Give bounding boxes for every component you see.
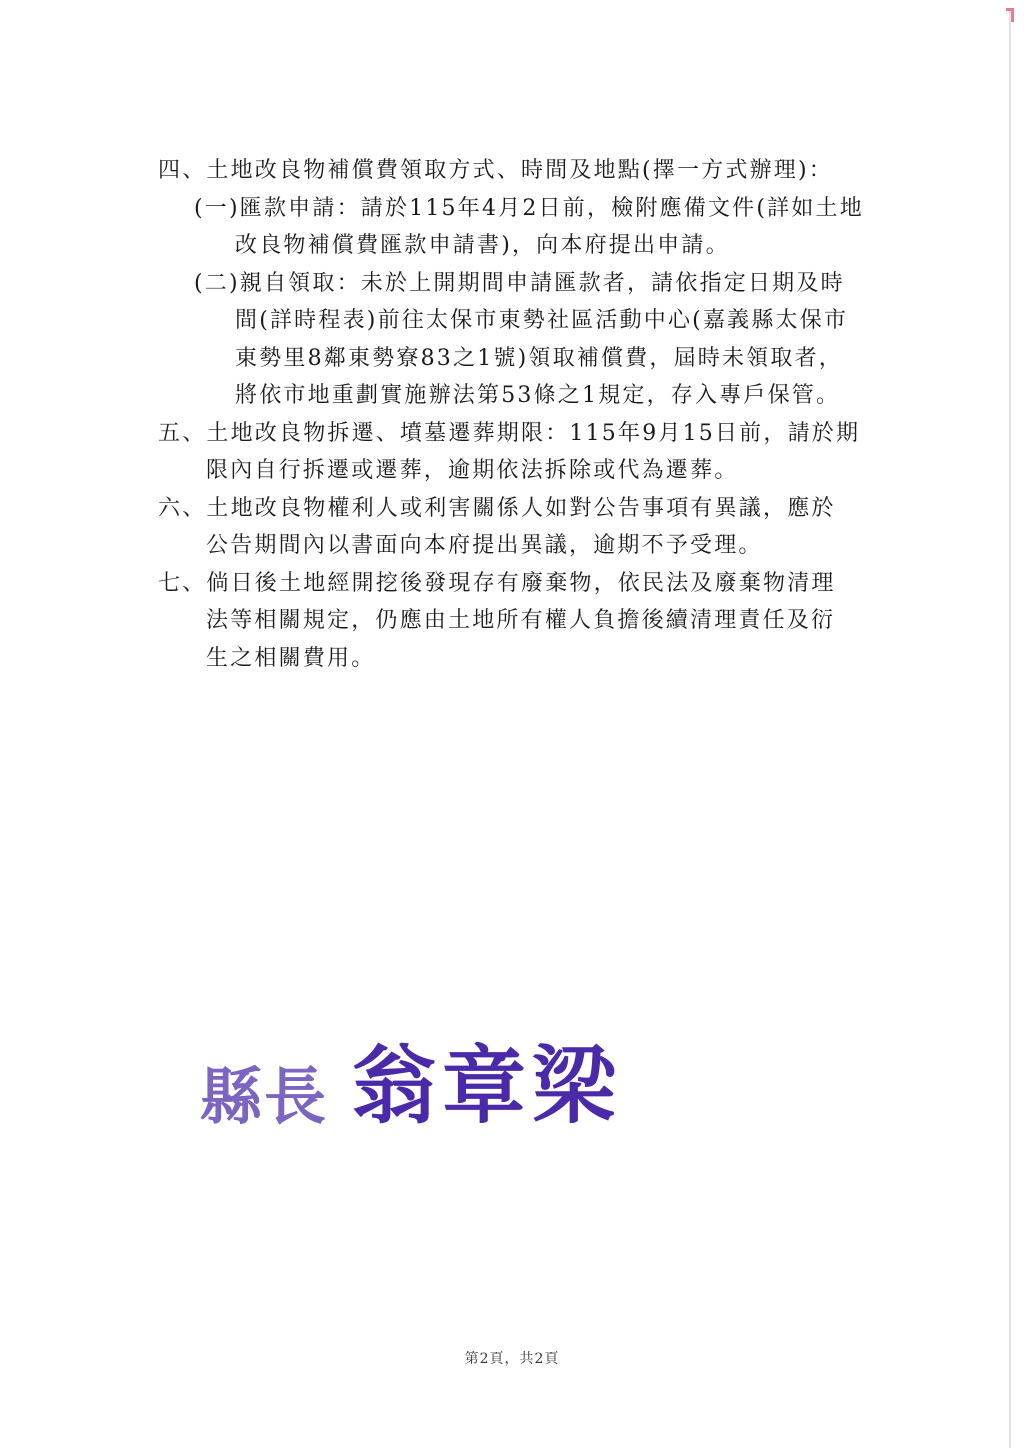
signature-stamp: 縣長 翁章梁 <box>200 1008 670 1128</box>
paragraph-line: (一)匯款申請：請於115年4月2日前，檢附應備文件(詳如土地 <box>158 190 918 228</box>
paragraph-line: 間(詳時程表)前往太保市東勢社區活動中心(嘉義縣太保市 <box>158 302 918 340</box>
paragraph-line: 將依市地重劃實施辦法第53條之1規定，存入專戶保管。 <box>158 377 918 415</box>
paragraph-line: 法等相關規定，仍應由土地所有權人負擔後續清理責任及衍 <box>158 602 918 640</box>
paragraph-line: 改良物補償費匯款申請書)，向本府提出申請。 <box>158 227 918 265</box>
paragraph-line: 六、土地改良物權利人或利害關係人如對公告事項有異議，應於 <box>158 490 918 528</box>
corner-mark-icon <box>1006 8 1014 22</box>
section-item-7: 七、倘日後土地經開挖後發現存有廢棄物，依民法及廢棄物清理 法等相關規定，仍應由土… <box>158 565 918 678</box>
page-number-footer: 第2頁，共2頁 <box>0 1348 1024 1368</box>
signature-title: 縣長 <box>200 1066 328 1128</box>
document-body: 四、土地改良物補償費領取方式、時間及地點(擇一方式辦理)： (一)匯款申請：請於… <box>158 152 918 677</box>
section-item-6: 六、土地改良物權利人或利害關係人如對公告事項有異議，應於 公告期間內以書面向本府… <box>158 490 918 565</box>
section-item-4: 四、土地改良物補償費領取方式、時間及地點(擇一方式辦理)： (一)匯款申請：請於… <box>158 152 918 415</box>
scan-edge-line <box>1009 8 1011 1448</box>
subitem-4-2: (二)親自領取：未於上開期間申請匯款者，請依指定日期及時 間(詳時程表)前往太保… <box>158 265 918 415</box>
section-item-5: 五、土地改良物拆遷、墳墓遷葬期限：115年9月15日前，請於期 限內自行拆遷或遷… <box>158 415 918 490</box>
paragraph-line: (二)親自領取：未於上開期間申請匯款者，請依指定日期及時 <box>158 265 918 303</box>
paragraph-line: 公告期間內以書面向本府提出異議，逾期不予受理。 <box>158 527 918 565</box>
subitem-4-1: (一)匯款申請：請於115年4月2日前，檢附應備文件(詳如土地 改良物補償費匯款… <box>158 190 918 265</box>
section-heading: 四、土地改良物補償費領取方式、時間及地點(擇一方式辦理)： <box>158 152 918 190</box>
paragraph-line: 限內自行拆遷或遷葬，逾期依法拆除或代為遷葬。 <box>158 452 918 490</box>
signature-name: 翁章梁 <box>352 1044 622 1128</box>
paragraph-line: 生之相關費用。 <box>158 640 918 678</box>
paragraph-line: 東勢里8鄰東勢寮83之1號)領取補償費，屆時未領取者， <box>158 340 918 378</box>
document-page: 四、土地改良物補償費領取方式、時間及地點(擇一方式辦理)： (一)匯款申請：請於… <box>0 0 1024 1448</box>
paragraph-line: 七、倘日後土地經開挖後發現存有廢棄物，依民法及廢棄物清理 <box>158 565 918 603</box>
paragraph-line: 五、土地改良物拆遷、墳墓遷葬期限：115年9月15日前，請於期 <box>158 415 918 453</box>
